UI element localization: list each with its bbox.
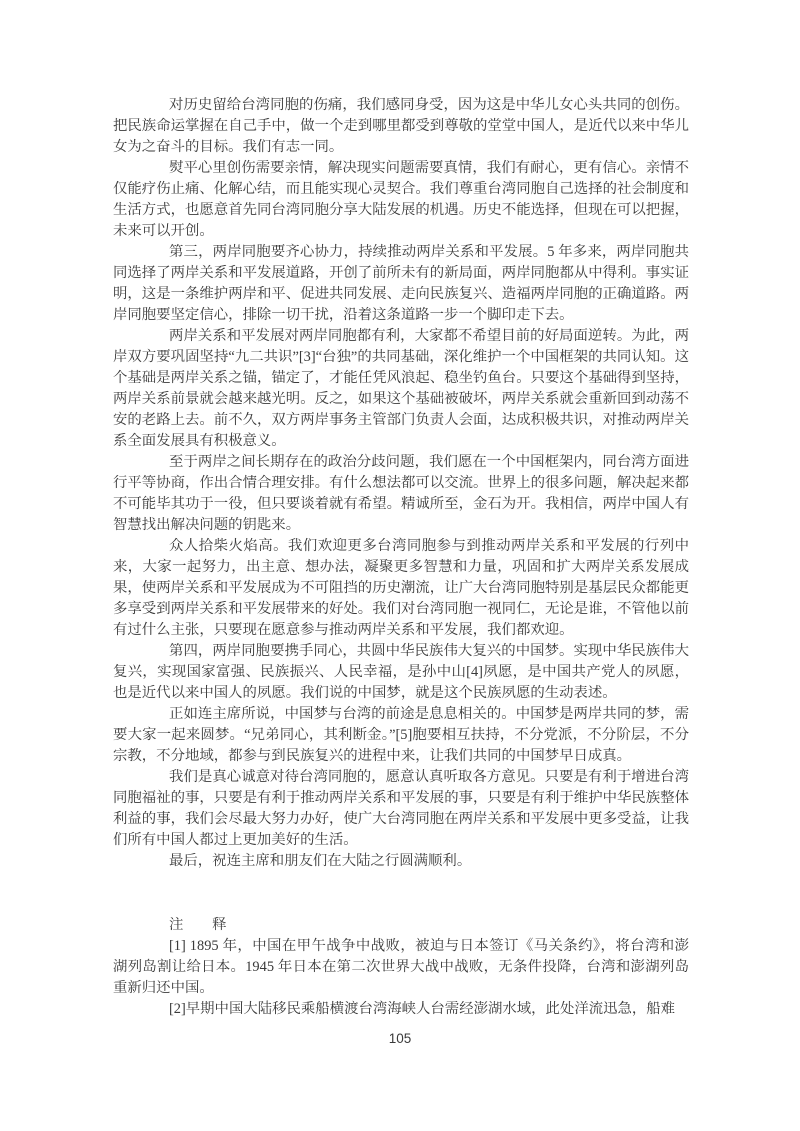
paragraph: 第三，两岸同胞要齐心协力，持续推动两岸关系和平发展。5 年多来，两岸同胞共同选择… — [113, 242, 689, 326]
note-item: [1] 1895 年，中国在甲午战争中战败，被迫与日本签订《马关条约》，将台湾和… — [113, 936, 689, 999]
paragraph: 第四，两岸同胞要携手同心，共圆中华民族伟大复兴的中国梦。实现中华民族伟大复兴，实… — [113, 641, 689, 704]
paragraph: 正如连主席所说，中国梦与台湾的前途是息息相关的。中国梦是两岸共同的梦，需要大家一… — [113, 704, 689, 767]
document-body: 对历史留给台湾同胞的伤痛，我们感同身受，因为这是中华儿女心头共同的创伤。把民族命… — [113, 95, 689, 1020]
paragraph: 最后，祝连主席和朋友们在大陆之行圆满顺利。 — [113, 851, 689, 872]
paragraph: 对历史留给台湾同胞的伤痛，我们感同身受，因为这是中华儿女心头共同的创伤。把民族命… — [113, 95, 689, 158]
paragraph: 至于两岸之间长期存在的政治分歧问题，我们愿在一个中国框架内，同台湾方面进行平等协… — [113, 452, 689, 536]
paragraph: 众人拾柴火焰高。我们欢迎更多台湾同胞参与到推动两岸关系和平发展的行列中来，大家一… — [113, 536, 689, 641]
notes-section: 注 释 [1] 1895 年，中国在甲午战争中战败，被迫与日本签订《马关条约》，… — [113, 915, 689, 1020]
paragraph: 两岸关系和平发展对两岸同胞都有利，大家都不希望目前的好局面逆转。为此，两岸双方要… — [113, 326, 689, 452]
notes-heading: 注 释 — [113, 915, 689, 936]
document-page: 对历史留给台湾同胞的伤痛，我们感同身受，因为这是中华儿女心头共同的创伤。把民族命… — [0, 0, 800, 1131]
paragraph: 熨平心里创伤需要亲情，解决现实问题需要真情，我们有耐心，更有信心。亲情不仅能疗伤… — [113, 158, 689, 242]
page-number: 105 — [0, 1031, 800, 1046]
note-item: [2]早期中国大陆移民乘船横渡台湾海峡人台需经澎湖水域，此处洋流迅急，船难 — [113, 999, 689, 1020]
paragraph: 我们是真心诚意对待台湾同胞的，愿意认真听取各方意见。只要是有利于增进台湾同胞福祉… — [113, 767, 689, 851]
